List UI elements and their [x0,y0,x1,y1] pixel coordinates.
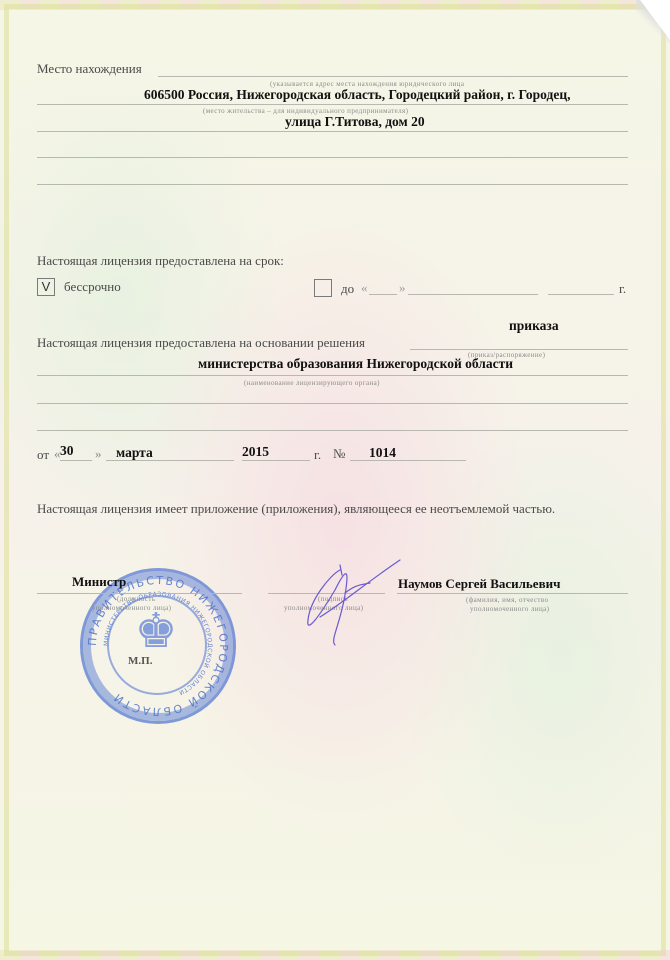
name-rule [397,593,628,594]
number-sign: № [333,446,345,462]
page-border [4,4,666,956]
name-hint-1: (фамилия, имя, отчество [466,596,548,604]
decision-number-rule [350,460,466,461]
decision-year-rule [242,460,310,461]
position-hint-1: (должность [117,595,155,603]
stamp-placeholder: М.П. [128,655,152,667]
basis-rule-2 [37,375,628,376]
until-month-rule [408,294,538,295]
location-rule-5 [37,184,628,185]
location-rule-1 [158,76,628,77]
licensing-authority-hint: (наименование лицензирующего органа) [244,379,380,387]
decision-month-rule [106,460,234,461]
location-rule-4 [37,157,628,158]
name-hint-2: уполномоченного лица) [470,605,549,613]
location-rule-3 [37,131,628,132]
until-year-suffix: г. [619,281,626,297]
decision-year-suffix: г. [314,447,321,463]
basis-rule-4 [37,430,628,431]
appendix-note: Настоящая лицензия имеет приложение (при… [37,501,555,517]
until-day-rule [369,294,397,295]
location-label: Место нахождения [37,61,142,77]
decision-day-rule [60,460,92,461]
decision-month: марта [116,445,153,461]
unlimited-checkbox[interactable]: V [37,278,55,296]
location-line-1: 606500 Россия, Нижегородская область, Го… [144,87,570,103]
until-label: до [341,281,354,297]
decision-number: 1014 [369,445,396,461]
basis-rule-3 [37,403,628,404]
until-year-rule [548,294,614,295]
until-close-quote: » [399,280,406,296]
signature-mark [300,545,420,655]
licensing-authority: министерства образования Нижегородской о… [198,356,513,372]
position-rule [37,593,242,594]
date-close-quote: » [95,446,102,462]
decision-year: 2015 [242,444,269,460]
basis-rule-1 [410,349,628,350]
border-bottom-ornament [0,950,670,960]
basis-label: Настоящая лицензия предоставлена на осно… [37,335,365,351]
date-prefix: от [37,447,49,463]
unlimited-label: бессрочно [64,279,121,295]
page-corner-fold [636,0,670,44]
position-hint-2: уполномоченного лица) [92,604,171,612]
border-top-ornament [0,0,670,10]
license-page: Место нахождения (указывается адрес мест… [0,0,670,960]
term-label: Настоящая лицензия предоставлена на срок… [37,253,284,269]
decision-day: 30 [60,443,74,459]
official-seal: ПРАВИТЕЛЬСТВО НИЖЕГОРОДСКОЙ ОБЛАСТИ МИНИ… [80,568,236,724]
location-rule-2 [37,104,628,105]
decision-type: приказа [509,318,559,334]
signatory-position: Министр [72,574,126,590]
signatory-name: Наумов Сергей Васильевич [398,576,560,592]
until-open-quote: « [361,280,368,296]
location-line-2: улица Г.Титова, дом 20 [285,114,425,130]
until-checkbox[interactable] [314,279,332,297]
